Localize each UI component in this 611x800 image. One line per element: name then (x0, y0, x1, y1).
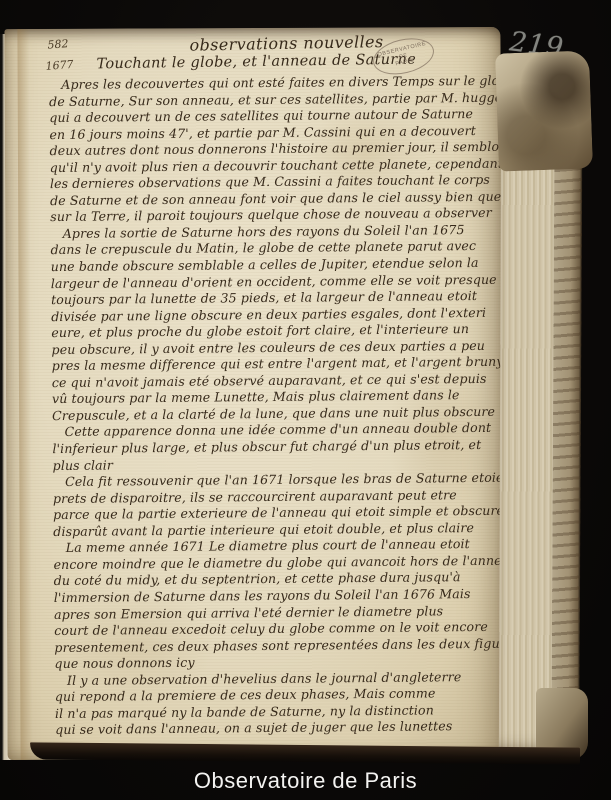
margin-folio-number: 582 (47, 37, 69, 52)
photo-background: 582 1677 observations nouvelles Touchant… (0, 0, 611, 800)
book-fore-edge-rough-outer (551, 92, 582, 748)
margin-year-note: 1677 (45, 58, 74, 73)
fore-edge-top-corner (495, 50, 593, 171)
book-fore-edge-pages (499, 86, 557, 754)
manuscript-line: qui se voit dans l'anneau, on a sujet de… (55, 718, 507, 739)
manuscript-body-text: Apres les decouvertes qui ont esté faite… (49, 73, 507, 739)
stamp-line-bottom: PARIS (395, 57, 415, 68)
manuscript-page: 582 1677 observations nouvelles Touchant… (4, 27, 503, 760)
image-caption: Observatoire de Paris (0, 768, 611, 794)
page-title: observations nouvelles (189, 32, 383, 55)
page-subtitle: Touchant le globe, et l'anneau de Saturn… (96, 52, 416, 73)
gutter-crease (17, 29, 32, 760)
